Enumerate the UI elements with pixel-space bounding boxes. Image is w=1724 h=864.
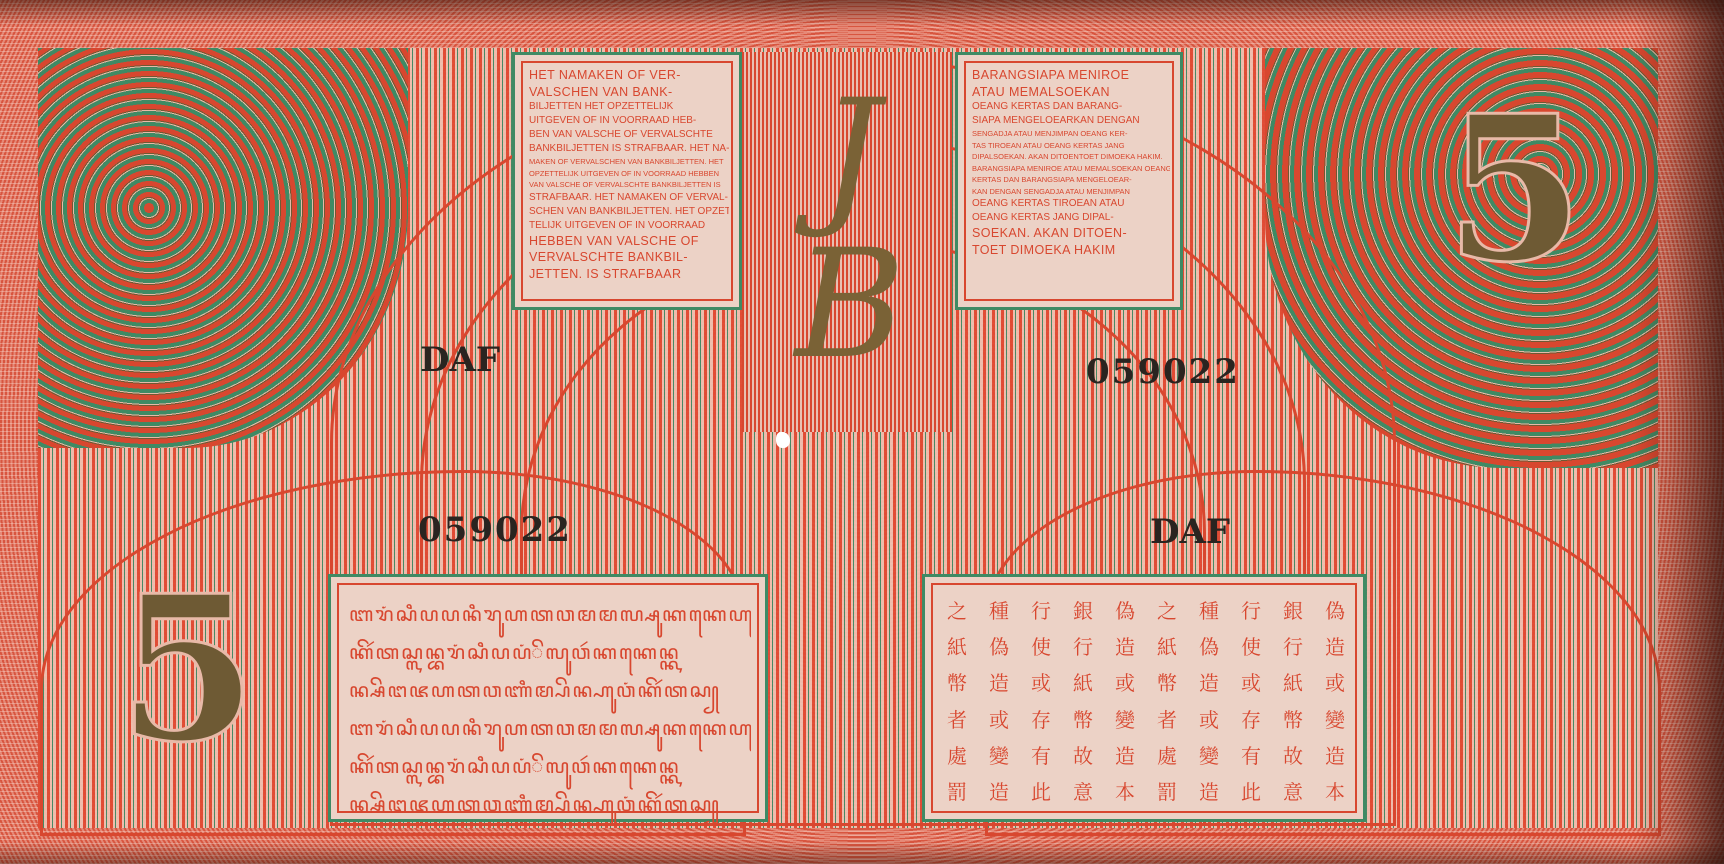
chinese-character: 或 (1325, 667, 1345, 696)
edge-stain-right (1634, 0, 1724, 864)
warning-line: TOET DIMOEKA HAKIM (972, 244, 1170, 257)
chinese-character: 行 (1241, 595, 1261, 624)
chinese-column: 之紙幣者處罰 (1157, 595, 1177, 805)
chinese-character: 紙 (1157, 631, 1177, 660)
chinese-column: 行使或存有此 (1031, 595, 1051, 805)
chinese-character: 銀 (1073, 595, 1093, 624)
edge-stain-top (0, 0, 1724, 26)
chinese-character: 處 (1157, 740, 1177, 769)
warning-line: OEANG KERTAS DAN BARANG- (972, 102, 1170, 112)
chinese-column: 種偽造或變造 (1199, 595, 1219, 805)
monogram-letter-b: B (770, 230, 930, 380)
chinese-character: 或 (1199, 704, 1219, 733)
warning-line: JETTEN. IS STRAFBAAR (529, 268, 729, 281)
chinese-character: 偽 (1115, 595, 1135, 624)
warning-line: BANKBILJETTEN IS STRAFBAAR. HET NA- (529, 144, 729, 154)
warning-line: HEBBEN VAN VALSCHE OF (529, 235, 729, 248)
chinese-character: 紙 (947, 631, 967, 660)
javanese-warning-panel: ꦧꦫꦁꦱꦶꦥꦥꦤꦶꦫꦸꦲꦠꦮꦩꦩꦭ꧀ꦱꦸꦏꦏꦺꦲꦸꦮꦁꦏꦼꦂꦠꦱ꧀ꦭꦤ꧀ꦧꦫꦁꦱ… (328, 574, 768, 822)
warning-line: SENGADJA ATAU MENJIMPAN OEANG KER- (972, 130, 1170, 138)
chinese-character: 行 (1283, 631, 1303, 660)
chinese-character: 行 (1073, 631, 1093, 660)
warning-line: TELIJK UITGEVEN OF IN VOORRAAD (529, 221, 729, 231)
warning-line: VALSCHEN VAN BANK- (529, 86, 729, 99)
javanese-line: ꦏꦼꦂꦠꦱ꧀ꦭꦤ꧀ꦧꦫꦁꦱꦶꦥꦥꦁꦼꦭꦸꦮꦂꦏꦏꦺꦤ꧀ꦏ (349, 633, 751, 671)
warning-line: OEANG KERTAS TIROEAN ATAU (972, 199, 1170, 209)
warning-line: KAN DENGAN SENGADJA ATAU MENJIMPAN (972, 188, 1170, 196)
chinese-warning-text: 偽造或變造本銀行紙幣故意行使或存有此種偽造或變造之紙幣者處罰偽造或變造本銀行紙幣… (947, 595, 1345, 805)
denomination-bottom-left: 5 (118, 570, 257, 770)
chinese-character: 銀 (1283, 595, 1303, 624)
serial-number-top: 059022 (1086, 352, 1240, 392)
monogram-letter-j: J (770, 80, 930, 230)
warning-line: BILJETTEN HET OPZETTELIJK (529, 102, 729, 112)
chinese-character: 意 (1073, 776, 1093, 805)
chinese-character: 幣 (947, 667, 967, 696)
chinese-character: 使 (1031, 631, 1051, 660)
chinese-column: 銀行紙幣故意 (1283, 595, 1303, 805)
warning-line: ATAU MEMALSOEKAN (972, 86, 1170, 99)
chinese-character: 變 (1199, 740, 1219, 769)
warning-line: OEANG KERTAS JANG DIPAL- (972, 213, 1170, 223)
chinese-character: 有 (1031, 740, 1051, 769)
serial-number-bottom: 059022 (418, 510, 572, 550)
javanese-warning-text: ꦧꦫꦁꦱꦶꦥꦥꦤꦶꦫꦸꦲꦠꦮꦩꦩꦭ꧀ꦱꦸꦏꦏꦺꦲꦸꦮꦁꦏꦼꦂꦠꦱ꧀ꦭꦤ꧀ꦧꦫꦁꦱ… (349, 595, 751, 823)
chinese-character: 意 (1283, 776, 1303, 805)
warning-line: VERVALSCHTE BANKBIL- (529, 251, 729, 264)
dutch-warning-text: HET NAMAKEN OF VER-VALSCHEN VAN BANK-BIL… (529, 69, 729, 284)
chinese-character: 此 (1241, 776, 1261, 805)
chinese-character: 故 (1073, 740, 1093, 769)
chinese-column: 銀行紙幣故意 (1073, 595, 1093, 805)
chinese-character: 存 (1241, 704, 1261, 733)
chinese-character: 變 (989, 740, 1009, 769)
chinese-character: 紙 (1283, 667, 1303, 696)
chinese-character: 造 (989, 667, 1009, 696)
chinese-character: 偽 (1199, 631, 1219, 660)
chinese-character: 或 (1115, 667, 1135, 696)
chinese-character: 變 (1115, 704, 1135, 733)
chinese-warning-panel: 偽造或變造本銀行紙幣故意行使或存有此種偽造或變造之紙幣者處罰偽造或變造本銀行紙幣… (922, 574, 1366, 822)
javanese-line: ꦤ꧀ꦱꦼꦔꦗꦲꦠꦮꦚꦶꦩ꧀ꦥꦼꦤ꧀ꦲꦸꦮꦁꦏꦼꦂꦠꦱ꧀ (349, 671, 751, 709)
chinese-character: 本 (1115, 776, 1135, 805)
javanese-line: ꦤ꧀ꦱꦼꦔꦗꦲꦠꦮꦚꦶꦩ꧀ꦥꦼꦤ꧀ꦲꦸꦮꦁꦏꦼꦂꦠꦱ꧀ (349, 785, 751, 823)
chinese-character: 存 (1031, 704, 1051, 733)
warning-line: SOEKAN. AKAN DITOEN- (972, 227, 1170, 240)
chinese-column: 種偽造或變造 (989, 595, 1009, 805)
chinese-character: 造 (1325, 740, 1345, 769)
chinese-character: 或 (1241, 667, 1261, 696)
javanese-line: ꦧꦫꦁꦱꦶꦥꦥꦤꦶꦫꦸꦲꦠꦮꦩꦩꦭ꧀ꦱꦸꦏꦏꦺꦲꦸꦮꦁ (349, 595, 751, 633)
warning-line: BARANGSIAPA MENIROE ATAU MEMALSOEKAN OEA… (972, 165, 1170, 173)
chinese-column: 偽造或變造本 (1115, 595, 1135, 805)
chinese-column: 行使或存有此 (1241, 595, 1261, 805)
chinese-character: 變 (1325, 704, 1345, 733)
javanese-line: ꦧꦫꦁꦱꦶꦥꦥꦤꦶꦫꦸꦲꦠꦮꦩꦩꦭ꧀ꦱꦸꦏꦏꦺꦲꦸꦮꦁ (349, 709, 751, 747)
chinese-character: 者 (947, 704, 967, 733)
chinese-character: 此 (1031, 776, 1051, 805)
chinese-character: 本 (1325, 776, 1345, 805)
chinese-character: 種 (1199, 595, 1219, 624)
warning-line: UITGEVEN OF IN VOORRAAD HEB- (529, 116, 729, 126)
dutch-warning-panel: HET NAMAKEN OF VER-VALSCHEN VAN BANK-BIL… (512, 52, 742, 310)
indonesian-warning-text: BARANGSIAPA MENIROEATAU MEMALSOEKANOEANG… (972, 69, 1170, 260)
chinese-character: 種 (989, 595, 1009, 624)
chinese-character: 紙 (1073, 667, 1093, 696)
chinese-character: 之 (947, 595, 967, 624)
warning-line: HET NAMAKEN OF VER- (529, 69, 729, 82)
warning-line: SCHEN VAN BANKBILJETTEN. HET OPZET- (529, 207, 729, 217)
indonesian-warning-panel: BARANGSIAPA MENIROEATAU MEMALSOEKANOEANG… (955, 52, 1183, 310)
jb-monogram: J B (770, 80, 930, 400)
chinese-character: 使 (1241, 631, 1261, 660)
chinese-character: 造 (1325, 631, 1345, 660)
serial-prefix-bottom: DAF (1150, 512, 1230, 552)
chinese-character: 罰 (947, 776, 967, 805)
chinese-character: 者 (1157, 704, 1177, 733)
chinese-character: 罰 (1157, 776, 1177, 805)
chinese-character: 幣 (1157, 667, 1177, 696)
chinese-character: 偽 (1325, 595, 1345, 624)
warning-line: STRAFBAAR. HET NAMAKEN OF VERVAL- (529, 193, 729, 203)
chinese-character: 造 (1115, 740, 1135, 769)
chinese-character: 造 (989, 776, 1009, 805)
chinese-character: 幣 (1283, 704, 1303, 733)
warning-line: SIAPA MENGELOEARKAN DENGAN (972, 116, 1170, 126)
chinese-character: 造 (1199, 667, 1219, 696)
denomination-top-right: 5 (1445, 90, 1584, 290)
banknote: J B HET NAMAKEN OF VER-VALSCHEN VAN BANK… (0, 0, 1724, 864)
chinese-character: 偽 (989, 631, 1009, 660)
warning-line: VAN VALSCHE OF VERVALSCHTE BANKBILJETTEN… (529, 181, 729, 189)
chinese-character: 造 (1199, 776, 1219, 805)
warning-line: KERTAS DAN BARANGSIAPA MENGELOEAR- (972, 176, 1170, 184)
serial-prefix-top: DAF (420, 340, 500, 380)
warning-line: BARANGSIAPA MENIROE (972, 69, 1170, 82)
chinese-character: 幣 (1073, 704, 1093, 733)
paper-hole (776, 432, 790, 448)
javanese-line: ꦏꦼꦂꦠꦱ꧀ꦭꦤ꧀ꦧꦫꦁꦱꦶꦥꦥꦁꦼꦭꦸꦮꦂꦏꦏꦺꦤ꧀ꦏ (349, 747, 751, 785)
chinese-character: 或 (1031, 667, 1051, 696)
chinese-character: 故 (1283, 740, 1303, 769)
edge-stain-bottom (0, 842, 1724, 864)
chinese-character: 造 (1115, 631, 1135, 660)
chinese-character: 或 (989, 704, 1009, 733)
chinese-column: 之紙幣者處罰 (947, 595, 967, 805)
chinese-character: 有 (1241, 740, 1261, 769)
warning-line: DIPALSOEKAN. AKAN DITOENTOET DIMOEKA HAK… (972, 153, 1170, 161)
warning-line: BEN VAN VALSCHE OF VERVALSCHTE (529, 130, 729, 140)
chinese-character: 處 (947, 740, 967, 769)
warning-line: MAKEN OF VERVALSCHEN VAN BANKBILJETTEN. … (529, 158, 729, 166)
warning-line: OPZETTELIJK UITGEVEN OF IN VOORRAAD HEBB… (529, 170, 729, 178)
chinese-character: 之 (1157, 595, 1177, 624)
chinese-character: 行 (1031, 595, 1051, 624)
chinese-column: 偽造或變造本 (1325, 595, 1345, 805)
warning-line: TAS TIROEAN ATAU OEANG KERTAS JANG (972, 142, 1170, 150)
